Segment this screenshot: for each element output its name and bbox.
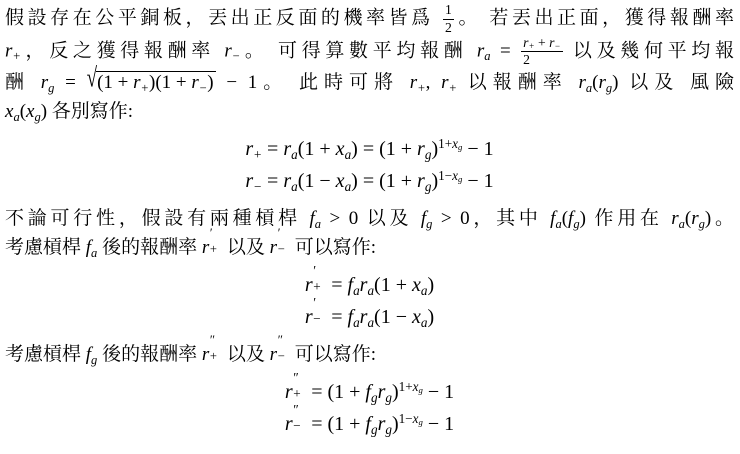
equation-r-dprime-minus: r″− = (1 + fgrg)1−xg − 1 [5, 408, 734, 440]
paragraph-1-line-1: 假設存在公平銅板，丟出正反面的機率皆爲 12。 若丟出正面，獲得報酬率 [5, 3, 734, 36]
paragraph-3: 考慮槓桿 fg 後的報酬率 r″+ 以及 r″− 可以寫作: [5, 340, 734, 369]
paragraph-1-line-2: r+，反之獲得報酬率 r−。 可得算數平均報酬 ra = r+ + r−2 以及… [5, 36, 734, 69]
paragraph-1-line-4: xa(xg) 各別寫作: [5, 97, 734, 126]
equation-block-2: r′+ = fara(1 + xa) r′− = fara(1 − xa) [5, 269, 734, 333]
equation-r-minus: r− = ra(1 − xa) = (1 + rg)1−xg − 1 [5, 165, 734, 197]
equation-r-prime-minus: r′− = fara(1 − xa) [5, 301, 734, 333]
equation-block-3: r″+ = (1 + fgrg)1+xg − 1 r″− = (1 + fgrg… [5, 376, 734, 440]
paragraph-1: 假設存在公平銅板，丟出正反面的機率皆爲 12。 若丟出正面，獲得報酬率 r+，反… [5, 3, 734, 126]
paragraph-3-line-1: 考慮槓桿 fg 後的報酬率 r″+ 以及 r″− 可以寫作: [5, 340, 734, 369]
paragraph-2-line-1: 不論可行性，假設有兩種槓桿 fa > 0 以及 fg > 0，其中 fa(fg)… [5, 204, 734, 233]
paragraph-2-line-2: 考慮槓桿 fa 後的報酬率 r′+ 以及 r′− 可以寫作: [5, 233, 734, 262]
paragraph-2: 不論可行性，假設有兩種槓桿 fa > 0 以及 fg > 0，其中 fa(fg)… [5, 204, 734, 262]
equation-block-1: r+ = ra(1 + xa) = (1 + rg)1+xg − 1 r− = … [5, 133, 734, 197]
paragraph-1-line-3: 酬 rg = √(1 + r+)(1 + r−) − 1。 此時可將 r+, r… [5, 68, 734, 97]
equation-r-prime-plus: r′+ = fara(1 + xa) [5, 269, 734, 301]
document-page: 假設存在公平銅板，丟出正反面的機率皆爲 12。 若丟出正面，獲得報酬率 r+，反… [0, 0, 740, 454]
equation-r-plus: r+ = ra(1 + xa) = (1 + rg)1+xg − 1 [5, 133, 734, 165]
equation-r-dprime-plus: r″+ = (1 + fgrg)1+xg − 1 [5, 376, 734, 408]
